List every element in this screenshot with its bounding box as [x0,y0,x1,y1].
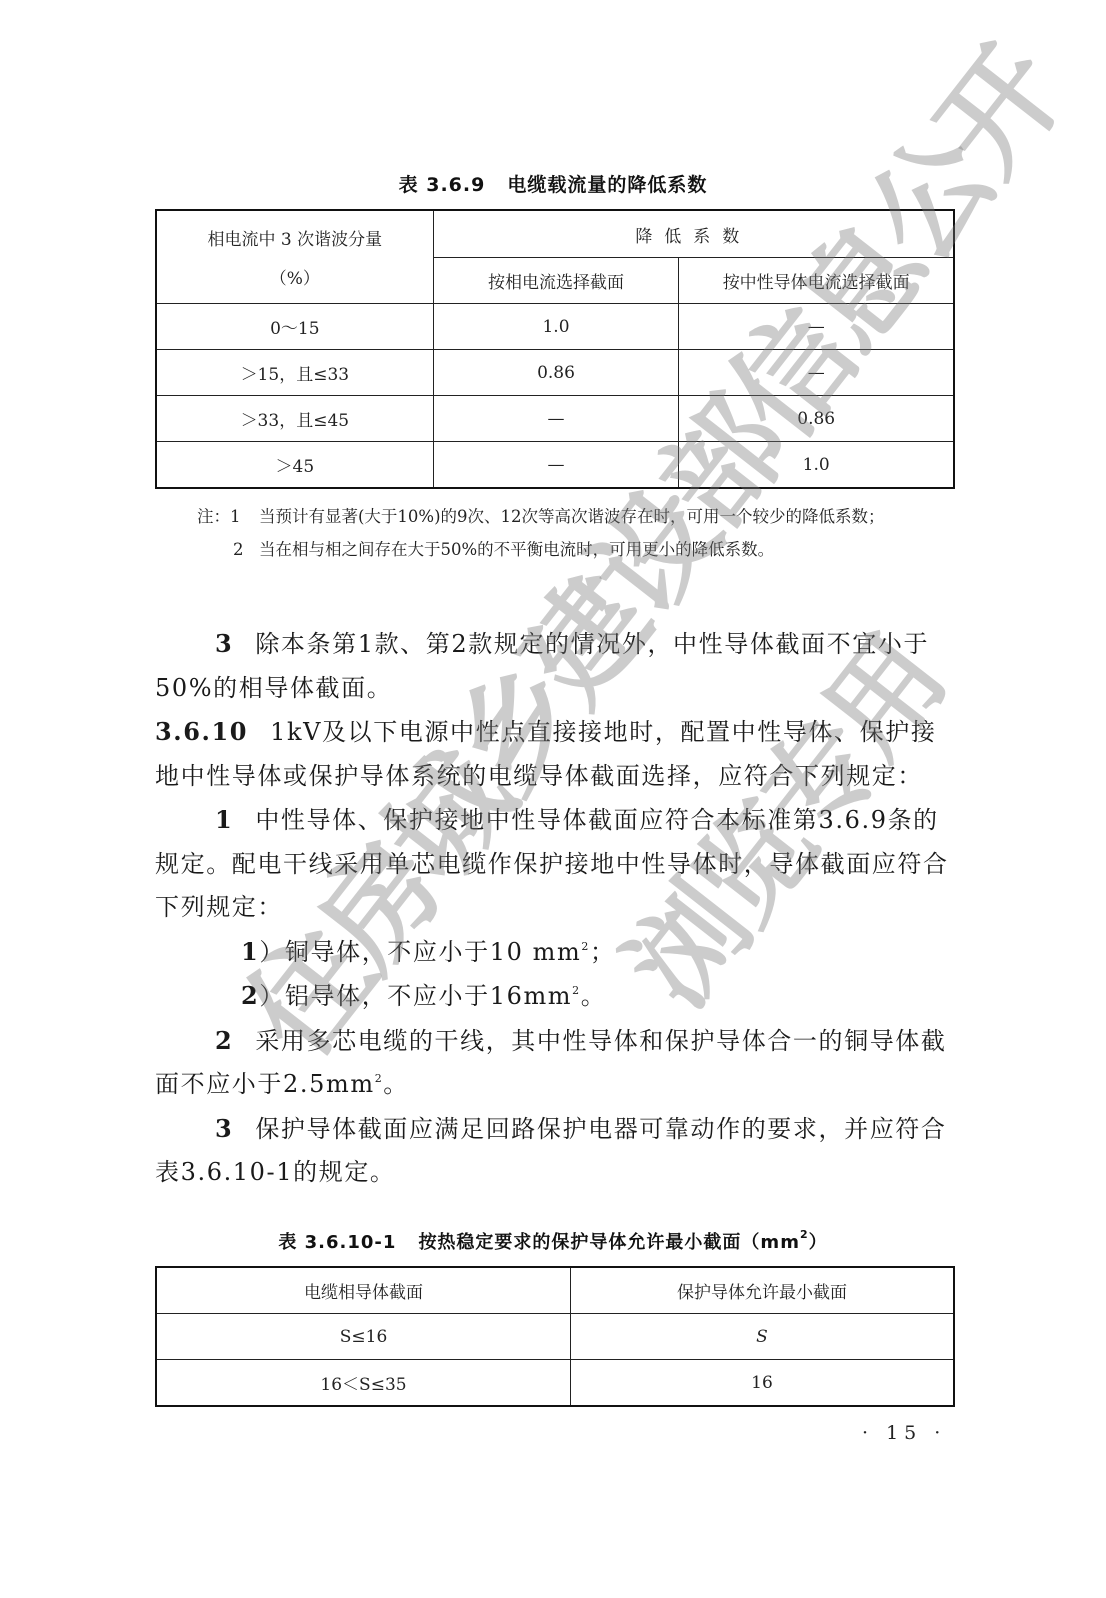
header-by-neutral-current: 按中性导体电流选择截面 [679,258,954,304]
table-notes: 注：1 当预计有显著(大于10%)的9次、12次等高次谐波存在时，可用一个较少的… [197,500,957,566]
clause-number: 3.6.10 [155,717,248,746]
sub-item-aluminum: 2）铝导体，不应小于16mm2。 [155,974,955,1019]
caption-number: 表 3.6.10-1 [278,1232,396,1253]
paragraph-clause-3-6-10: 3.6.101kV及以下电源中性点直接接地时，配置中性导体、保护接地中性导体或保… [155,710,955,798]
header-min-protective-section: 保护导体允许最小截面 [571,1267,955,1314]
header-by-phase-current: 按相电流选择截面 [433,258,679,304]
table-row: ＞15，且≤33 0.86 — [156,350,954,396]
header-derating-factor: 降低系数 [433,210,954,258]
header-harmonic-component: 相电流中 3 次谐波分量 （%） [156,210,433,304]
paragraph-clause-item-2: 2采用多芯电缆的干线，其中性导体和保护导体合一的铜导体截面不应小于2.5mm2。 [155,1019,955,1107]
table-derating-factors: 相电流中 3 次谐波分量 （%） 降低系数 按相电流选择截面 按中性导体电流选择… [155,209,955,489]
note-1: 注：1 当预计有显著(大于10%)的9次、12次等高次谐波存在时，可用一个较少的… [197,500,957,533]
caption-number: 表 3.6.9 [399,174,486,196]
caption-title: 电缆载流量的降低系数 [507,174,707,196]
table-row: 0～15 1.0 — [156,304,954,350]
paragraph-clause-item-3: 3保护导体截面应满足回路保护电器可靠动作的要求，并应符合表3.6.10-1的规定… [155,1107,955,1195]
table-min-protective-conductor: 电缆相导体截面 保护导体允许最小截面 S≤16 S 16＜S≤35 16 [155,1266,955,1407]
table-row: S≤16 S [156,1314,954,1360]
document-page: 表 3.6.9电缆载流量的降低系数 相电流中 3 次谐波分量 （%） 降低系数 … [0,0,1106,1598]
paragraph-item-3: 3除本条第1款、第2款规定的情况外，中性导体截面不宜小于50%的相导体截面。 [155,622,955,710]
note-2: 2 当在相与相之间存在大于50%的不平衡电流时，可用更小的降低系数。 [197,533,957,566]
table-3-6-9-caption: 表 3.6.9电缆载流量的降低系数 [0,170,1106,197]
header-phase-conductor-section: 电缆相导体截面 [156,1267,571,1314]
page-number: · 15 · [862,1422,946,1444]
table-row: ＞33，且≤45 — 0.86 [156,396,954,442]
table-row: 16＜S≤35 16 [156,1360,954,1407]
table-row: ＞45 — 1.0 [156,442,954,489]
sub-item-copper: 1）铜导体，不应小于10 mm2； [155,930,955,975]
body-text: 3除本条第1款、第2款规定的情况外，中性导体截面不宜小于50%的相导体截面。 3… [155,622,955,1195]
paragraph-clause-item-1: 1中性导体、保护接地中性导体截面应符合本标准第3.6.9条的规定。配电干线采用单… [155,798,955,930]
table-3-6-10-1-caption: 表 3.6.10-1按热稳定要求的保护导体允许最小截面（mm2） [0,1228,1106,1254]
caption-title: 按热稳定要求的保护导体允许最小截面（mm [418,1232,800,1253]
note-label: 注：1 [197,500,259,533]
